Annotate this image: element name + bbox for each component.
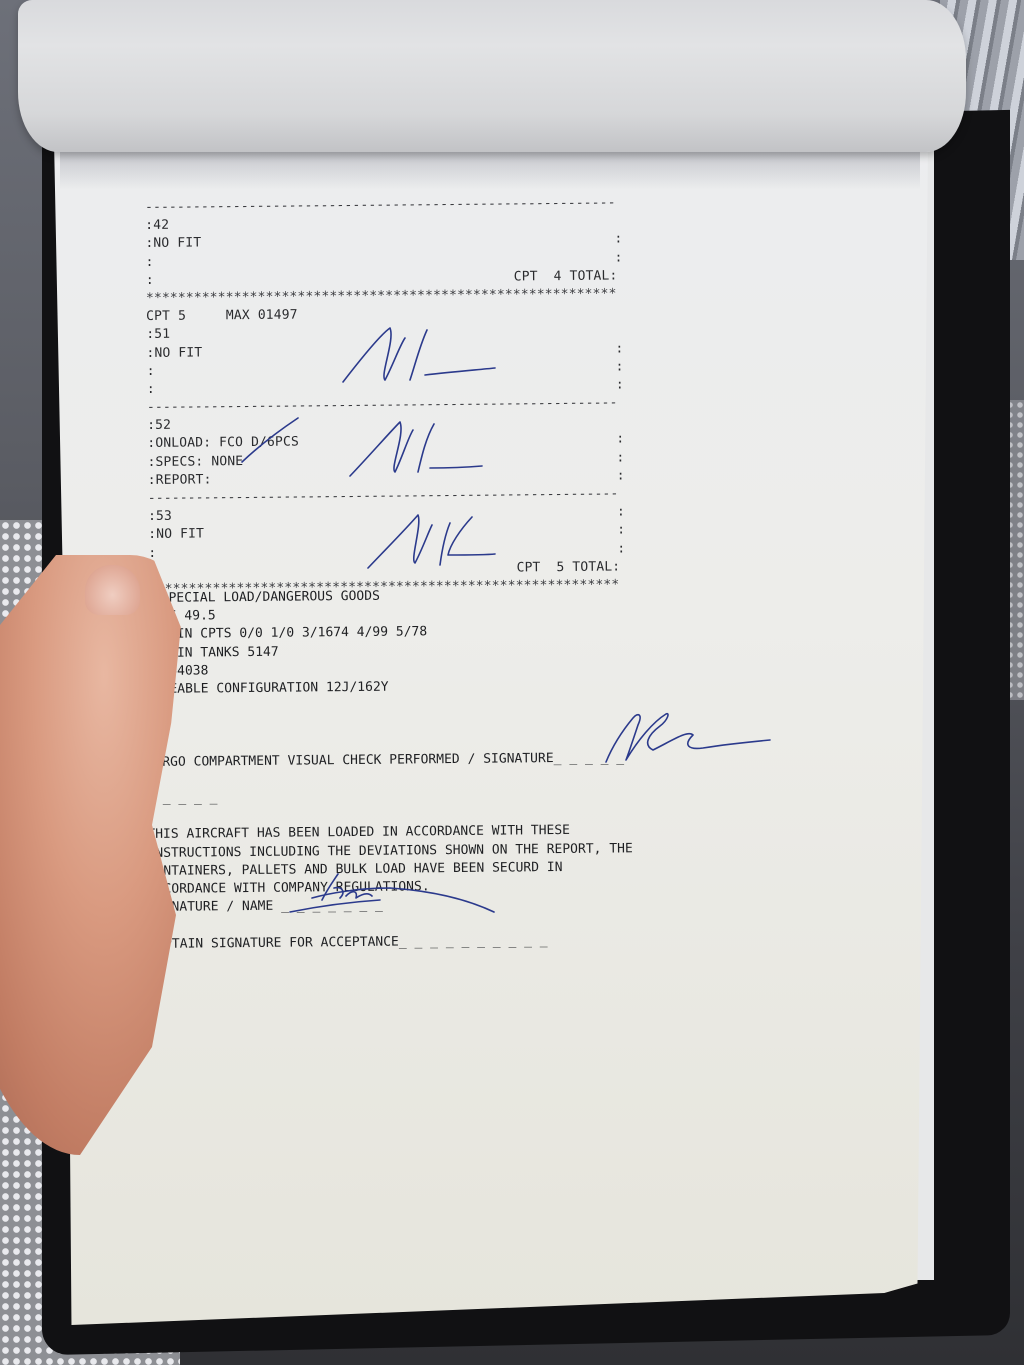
visual-check-signature-field[interactable]: _ _ _ _ _: [554, 750, 625, 766]
cpt5-total-label: CPT 5 TOTAL:: [516, 558, 620, 577]
captain-signature-field[interactable]: _ _ _ _ _ _ _ _ _ _: [399, 933, 548, 949]
signature-name-field[interactable]: _ _ _ _ _ _ _: [281, 898, 383, 914]
cpt4-total-label: CPT 4 TOTAL:: [514, 267, 618, 286]
folded-back-page[interactable]: [18, 0, 966, 152]
report-summary: O SPECIAL LOAD/DANGEROUS GOODS DOI 49.5 …: [145, 585, 634, 953]
page-fold-shadow: [60, 150, 920, 190]
thumb-nail: [85, 565, 140, 615]
report-body: ----------------------------------------…: [145, 194, 619, 599]
show-through-text: [118, 10, 718, 140]
